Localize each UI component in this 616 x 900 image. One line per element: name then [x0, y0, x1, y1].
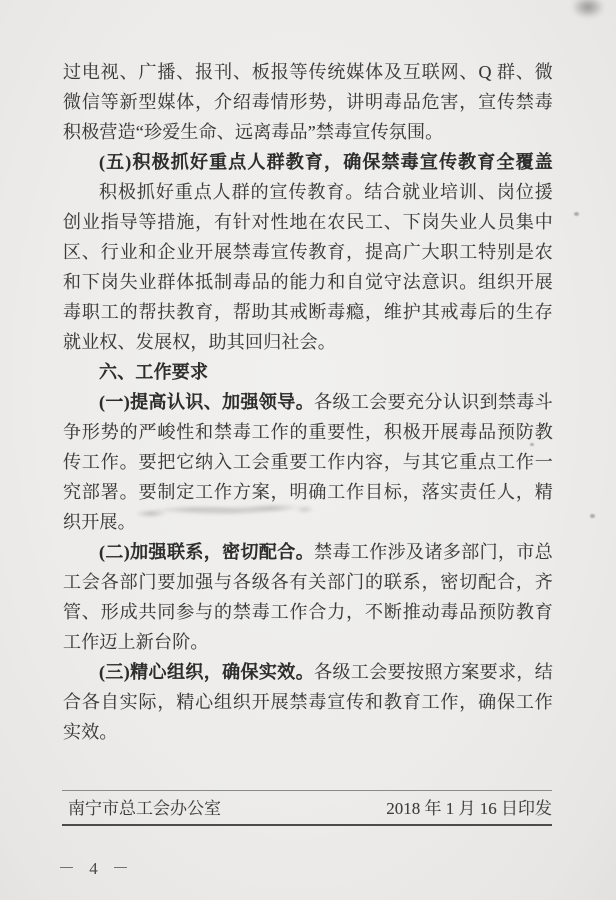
text-segment: 传工作。要把它纳入工会重要工作内容，与其它重点工作一同研	[63, 452, 553, 477]
text-segment-bold: 六、工作要求	[99, 362, 208, 382]
text-line: 六、工作要求	[63, 357, 553, 387]
text-segment: 就业权、发展权，助其回归社会。	[63, 332, 336, 352]
text-segment: 各级工会要按照方案要求，结	[314, 662, 553, 682]
text-line: (二)加强联系，密切配合。禁毒工作涉及诸多部门，市总	[63, 537, 553, 567]
text-line: 传工作。要把它纳入工会重要工作内容，与其它重点工作一同研	[63, 447, 553, 477]
scan-smudge-top	[566, 0, 610, 22]
text-segment: 和下岗失业群体抵制毒品的能力和自觉守法意识。组织开展对吸	[63, 272, 553, 297]
page-number: － 4 －	[58, 854, 134, 879]
text-line: 积极营造“珍爱生命、远离毒品”禁毒宣传氛围。	[63, 117, 553, 147]
text-segment: 积极营造“珍爱生命、远离毒品”禁毒宣传氛围。	[63, 122, 443, 142]
text-line: (三)精心组织，确保实效。各级工会要按照方案要求，结	[63, 657, 553, 687]
text-line: 积极抓好重点人群的宣传教育。结合就业培训、岗位援助、	[63, 177, 553, 207]
text-segment: 实效。	[63, 722, 118, 742]
text-segment: 工会各部门要加强与各级各有关部门的联系，密切配合，齐抓共	[63, 572, 553, 597]
text-segment: 工作迈上新台阶。	[63, 632, 209, 652]
text-line: 究部署。要制定工作方案，明确工作目标，落实责任人，精心组	[63, 477, 553, 507]
text-line: 合各自实际，精心组织开展禁毒宣传和教育工作，确保工作取得	[63, 687, 553, 717]
text-line: 就业权、发展权，助其回归社会。	[63, 327, 553, 357]
text-segment: 合各自实际，精心组织开展禁毒宣传和教育工作，确保工作取得	[63, 692, 553, 717]
text-line: 微信等新型媒体，介绍毒情形势，讲明毒品危害，宣传禁毒成效，	[63, 87, 553, 117]
text-line: 毒职工的帮扶教育，帮助其戒断毒瘾，维护其戒毒后的生存权、	[63, 297, 553, 327]
text-segment: 究部署。要制定工作方案，明确工作目标，落实责任人，精心组	[63, 482, 553, 507]
text-line: (一)提高认识、加强领导。各级工会要充分认识到禁毒斗	[63, 387, 553, 417]
text-segment-bold: (一)提高认识、加强领导。	[99, 392, 314, 412]
text-line: 过电视、广播、报刊、板报等传统媒体及互联网、Q 群、微博、	[63, 57, 553, 87]
text-segment: 各级工会要充分认识到禁毒斗	[314, 392, 553, 412]
text-segment: 织开展。	[63, 512, 136, 532]
footer-issuer: 南宁市总工会办公室	[62, 795, 221, 823]
text-segment: 创业指导等措施，有针对性地在农民工、下岗失业人员集中的地	[63, 212, 553, 237]
text-segment: 区、行业和企业开展禁毒宣传教育，提高广大职工特别是农民工	[63, 242, 553, 267]
text-segment-bold: (二)加强联系，密切配合。	[99, 542, 314, 562]
text-segment: 积极抓好重点人群的宣传教育。结合就业培训、岗位援助、	[99, 182, 553, 207]
document-footer: 南宁市总工会办公室 2018 年 1 月 16 日印发	[62, 795, 552, 823]
text-segment: 管、形成共同参与的禁毒工作合力，不断推动毒品预防教育宣传	[63, 602, 553, 627]
document-page: 过电视、广播、报刊、板报等传统媒体及互联网、Q 群、微博、微信等新型媒体，介绍毒…	[0, 0, 616, 900]
text-line: 管、形成共同参与的禁毒工作合力，不断推动毒品预防教育宣传	[63, 597, 553, 627]
text-line: 工作迈上新台阶。	[63, 627, 553, 657]
text-line: 织开展。	[63, 507, 553, 537]
scan-speck	[574, 212, 579, 216]
text-line: 区、行业和企业开展禁毒宣传教育，提高广大职工特别是农民工	[63, 237, 553, 267]
scan-speck	[590, 514, 595, 518]
text-segment: 微信等新型媒体，介绍毒情形势，讲明毒品危害，宣传禁毒成效，	[63, 92, 553, 117]
footer-print-date: 2018 年 1 月 16 日印发	[386, 795, 552, 823]
text-line: 和下岗失业群体抵制毒品的能力和自觉守法意识。组织开展对吸	[63, 267, 553, 297]
text-segment: 过电视、广播、报刊、板报等传统媒体及互联网、Q 群、微博、	[63, 62, 553, 87]
text-segment: 禁毒工作涉及诸多部门，市总	[314, 542, 553, 562]
text-line: 工会各部门要加强与各级各有关部门的联系，密切配合，齐抓共	[63, 567, 553, 597]
text-line: 创业指导等措施，有针对性地在农民工、下岗失业人员集中的地	[63, 207, 553, 237]
document-body: 过电视、广播、报刊、板报等传统媒体及互联网、Q 群、微博、微信等新型媒体，介绍毒…	[63, 57, 553, 747]
text-line: 实效。	[63, 717, 553, 747]
text-line: 争形势的严峻性和禁毒工作的重要性，积极开展毒品预防教育宣	[63, 417, 553, 447]
text-segment-bold: (五)积极抓好重点人群教育，确保禁毒宣传教育全覆盖	[99, 152, 553, 172]
text-line: (五)积极抓好重点人群教育，确保禁毒宣传教育全覆盖	[63, 147, 553, 177]
text-segment-bold: (三)精心组织，确保实效。	[99, 662, 314, 682]
text-segment: 毒职工的帮扶教育，帮助其戒断毒瘾，维护其戒毒后的生存权、	[63, 302, 553, 327]
text-segment: 争形势的严峻性和禁毒工作的重要性，积极开展毒品预防教育宣	[63, 422, 553, 447]
footer-rule-top	[62, 790, 552, 791]
footer-rule-bottom	[62, 824, 552, 826]
